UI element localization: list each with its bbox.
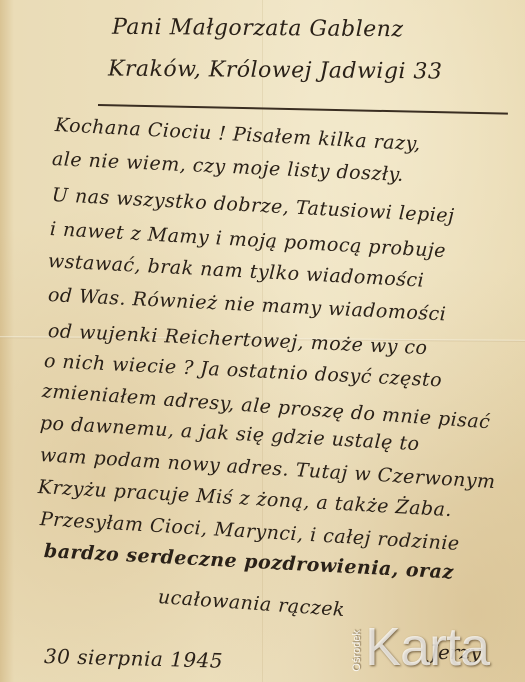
watermark-big-text: Karta [365,622,489,672]
letter-line-6: od Was. Również nie mamy wiadomości [47,284,446,325]
letter-paper: Pani Małgorzata Gablenz Kraków, Królowej… [0,0,525,682]
watermark-small-text: Ośrodek [352,630,363,672]
archive-watermark: Ośrodek Karta [352,622,489,672]
recipient-address: Kraków, Królowej Jadwigi 33 [108,57,443,85]
letter-line-1: Kochana Ciociu ! Pisałem kilka razy, [54,114,421,155]
letter-date: 30 sierpnia 1945 [44,644,224,673]
address-underline [98,104,508,114]
recipient-name: Pani Małgorzata Gablenz [112,15,404,43]
letter-line-2: ale nie wiem, czy moje listy doszły. [52,148,405,186]
letter-line-15: ucałowania rączek [157,586,345,621]
